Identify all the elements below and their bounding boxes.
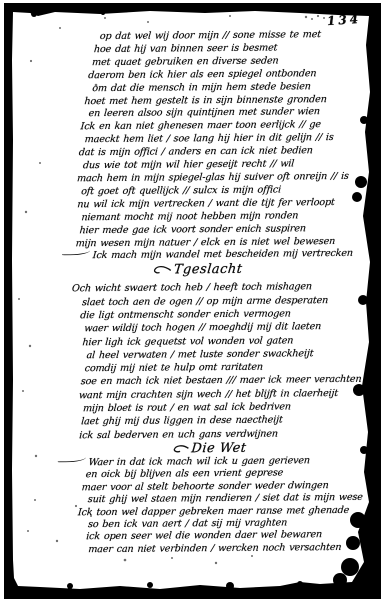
page-number: 134	[326, 12, 361, 28]
heading-text: Tgeslacht	[173, 262, 243, 278]
heading-flourish-icon	[153, 265, 172, 275]
section-2: Och wicht swaert toch heb / heeft toch m…	[70, 280, 373, 442]
heading-text: Die Wet	[191, 441, 248, 456]
manuscript-line: ick sal bederven en uch gans verdwijnen	[79, 426, 374, 442]
section-heading-tgeslacht: Tgeslacht	[153, 262, 243, 278]
heading-flourish-icon	[173, 444, 190, 453]
text-block: op dat wel wij door mijn // sone misse t…	[68, 29, 375, 557]
section-3: Waer in dat ick mach wil ick u gaen geri…	[71, 455, 374, 557]
manuscript-page: 134 op dat wel wij door mijn // sone mis…	[0, 0, 383, 600]
section-1: op dat wel wij door mijn // sone misse t…	[68, 29, 372, 264]
section-heading-die-wet: Die Wet	[173, 441, 248, 457]
manuscript-line: maer can niet verbinden / wercken noch v…	[88, 541, 375, 556]
